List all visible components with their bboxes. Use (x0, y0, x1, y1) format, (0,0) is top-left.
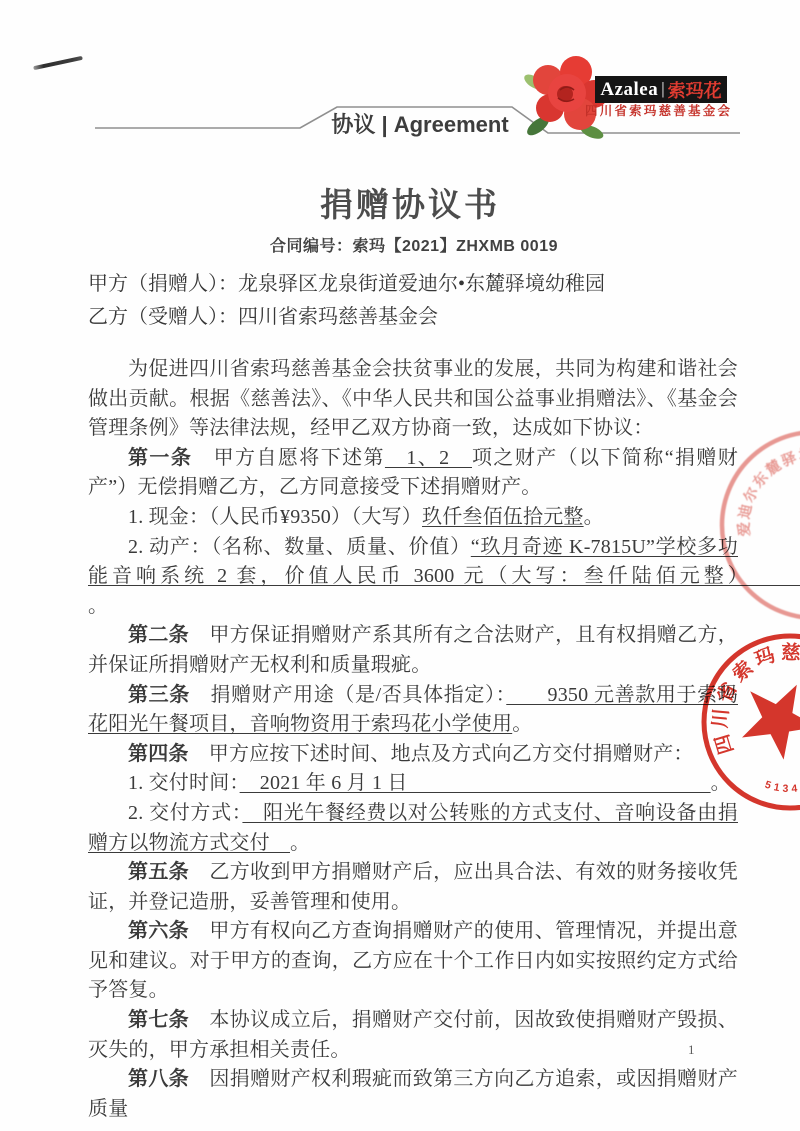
logo-org-name: 四川省索玛慈善基金会 (585, 104, 731, 118)
paragraph: 为促进四川省索玛慈善基金会扶贫事业的发展，共同为构建和谐社会做出贡献。根据《慈善… (88, 355, 738, 444)
logo-divider: | (661, 79, 664, 99)
donor-seal: 爱迪尔东麓驿境幼稚园 (700, 418, 800, 633)
paragraph: 第一条 甲方自愿将下述第 1、2 项之财产（以下简称“捐赠财产”）无偿捐赠乙方，… (88, 444, 738, 503)
party-b-line: 乙方（受赠人）：四川省索玛慈善基金会 (88, 301, 605, 334)
scanned-agreement-page: 协议 | Agreement Azalea|索玛花 四川省索玛慈善基金会 捐赠协… (0, 0, 800, 1131)
header-tab-label: 协议 | Agreement (305, 108, 535, 139)
paragraph: 1. 现金：（人民币¥9350）（大写）玖仟叁佰伍拾元整。 (88, 503, 738, 533)
party-a-line: 甲方（捐赠人）：龙泉驿区龙泉街道爱迪尔•东麓驿境幼稚园 (88, 268, 605, 301)
paragraph: 1. 交付时间： 2021 年 6 月 1 日 。 (88, 769, 738, 799)
svg-text:爱迪尔东麓驿境幼稚园: 爱迪尔东麓驿境幼稚园 (735, 445, 800, 538)
paragraph: 第四条 甲方应按下述时间、地点及方式向乙方交付捐赠财产： (88, 740, 738, 770)
foundation-seal: 四川省索玛慈善基金会 513401 (690, 628, 800, 828)
parties-block: 甲方（捐赠人）：龙泉驿区龙泉街道爱迪尔•东麓驿境幼稚园 乙方（受赠人）：四川省索… (88, 268, 605, 333)
svg-text:513401: 513401 (763, 777, 800, 795)
seal-star-icon (739, 677, 800, 764)
logo-brand-cn: 索玛花 (668, 77, 722, 103)
logo-brand-en: Azalea (600, 79, 658, 101)
page-number: 1 (688, 1042, 695, 1058)
paragraph: 第五条 乙方收到甲方捐赠财产后，应出具合法、有效的财务接收凭证，并登记造册，妥善… (88, 858, 738, 917)
document-title: 捐赠协议书 (0, 179, 800, 226)
paragraph: 第八条 因捐赠财产权利瑕疵而致第三方向乙方追索，或因捐赠财产质量 (88, 1065, 738, 1124)
paragraph: 第三条 捐赠财产用途（是/否具体指定）： 9350 元善款用于索玛花阳光午餐项目… (88, 681, 738, 740)
paragraph: 第七条 本协议成立后，捐赠财产交付前，因故致使捐赠财产毁损、灭失的，甲方承担相关… (88, 1006, 738, 1065)
paragraph: 2. 动产：（名称、数量、质量、价值）“玖月奇迹 K-7815U”学校多功能音响… (88, 533, 738, 622)
agreement-body: 为促进四川省索玛慈善基金会扶贫事业的发展，共同为构建和谐社会做出贡献。根据《慈善… (88, 355, 738, 1124)
paragraph: 2. 交付方式： 阳光午餐经费以对公转账的方式支付、音响设备由捐赠方以物流方式交… (88, 799, 738, 858)
contract-number: 合同编号：索玛【2021】ZHXMB 0019 (0, 233, 800, 256)
paragraph: 第二条 甲方保证捐赠财产系其所有之合法财产，且有权捐赠乙方，并保证所捐赠财产无权… (88, 621, 738, 680)
donor-seal-text: 爱迪尔东麓驿境幼稚园 (735, 445, 800, 538)
paragraph: 第六条 甲方有权向乙方查询捐赠财产的使用、管理情况，并提出意见和建议。对于甲方的… (88, 917, 738, 1006)
logo-wordmark: Azalea|索玛花 (595, 76, 727, 103)
foundation-seal-number: 513401 (763, 777, 800, 795)
